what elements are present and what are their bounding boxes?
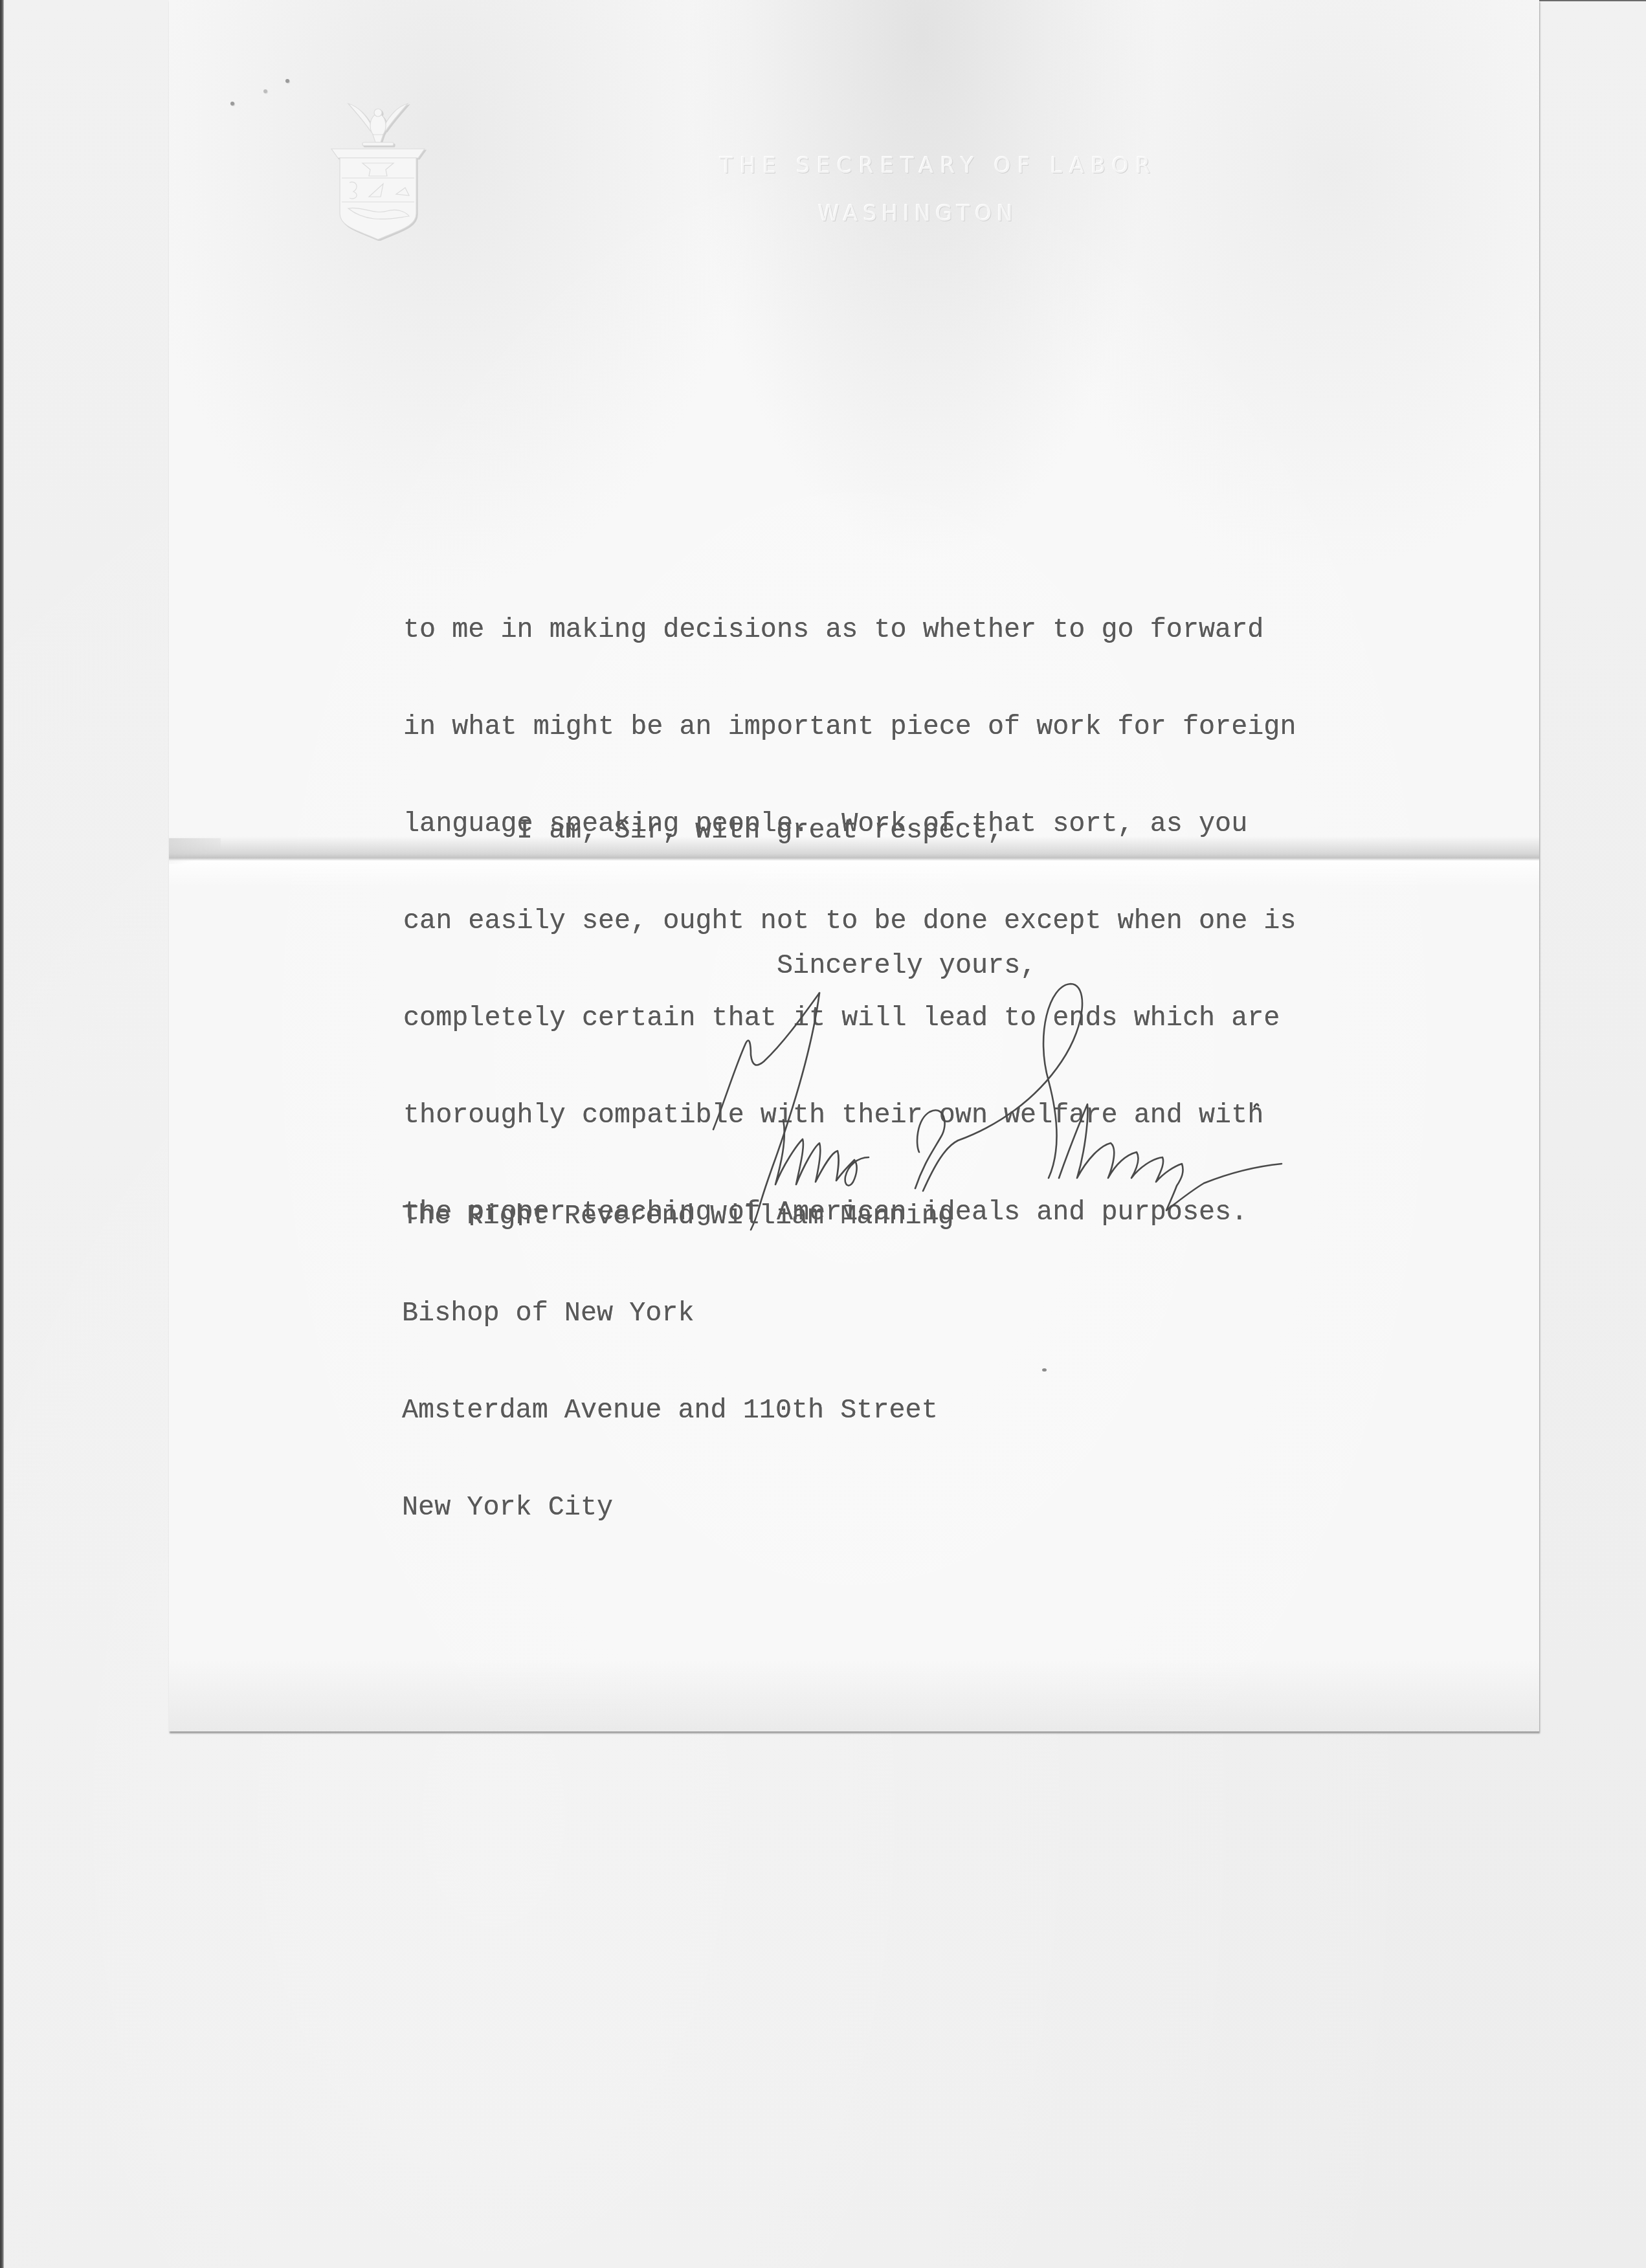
letterhead-title: THE SECRETARY OF LABOR [720,153,1157,178]
recipient-address: The Right Reverend William Manning Bisho… [402,1135,954,1556]
scanner-left-edge [0,0,4,2268]
letter-closing: I am, Sir, with great respect, [517,814,1003,847]
punch-mark [285,79,289,83]
department-of-labor-crest-icon [329,97,427,241]
body-line: to me in making decisions as to whether … [403,614,1296,646]
ink-speck [1042,1368,1047,1372]
letterhead-city: WASHINGTON [818,201,1018,226]
body-line: in what might be an important piece of w… [403,711,1296,743]
address-line: New York City [402,1491,954,1524]
address-line: Amsterdam Avenue and 110th Street [402,1394,954,1427]
scanner-top-edge [1539,0,1646,1]
address-line: The Right Reverend William Manning [402,1200,954,1232]
punch-mark [230,102,234,106]
punch-mark [263,89,267,93]
address-line: Bishop of New York [402,1297,954,1329]
fold-crease-notch [169,838,221,864]
paper-shading [169,1660,1539,1731]
